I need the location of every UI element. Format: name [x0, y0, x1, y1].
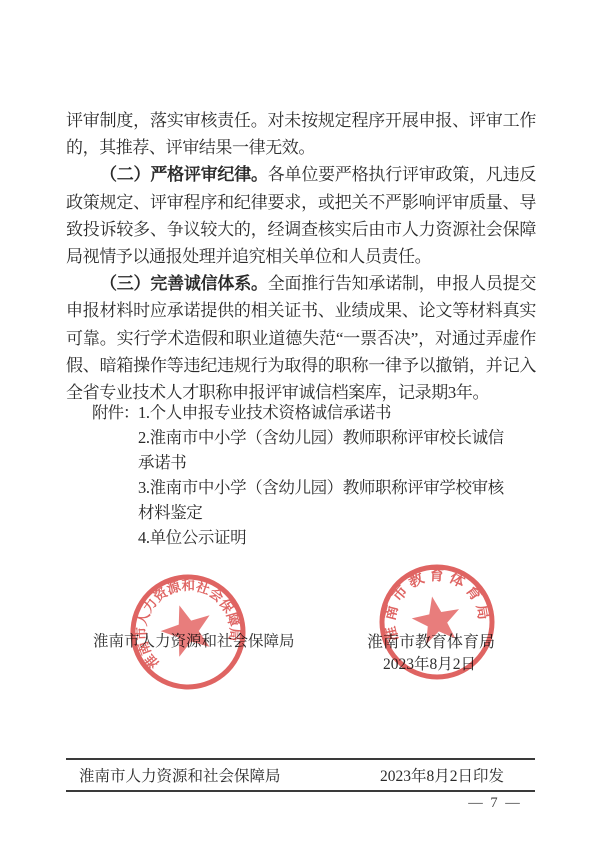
seal-graphic: 淮南市教育体育局: [357, 542, 516, 701]
attachments-label: 附件：: [92, 400, 139, 425]
signature-right-org: 淮南市教育体育局: [367, 629, 495, 652]
document-page: 评审制度，落实审核责任。对未按规定程序开展申报、评审工作的，其推荐、评审结果一律…: [0, 0, 600, 848]
footer-rule-bottom: [66, 790, 535, 792]
paragraph-heading: 完善诚信体系。: [150, 274, 267, 293]
signature-left-org: 淮南市人力资源和社会保障局: [93, 629, 295, 651]
svg-text:淮南市人力资源和社会保障局: 淮南市人力资源和社会保障局: [119, 563, 249, 674]
attachment-item: 4.单位公示证明: [138, 525, 504, 550]
paragraph-heading: 严格评审纪律。: [150, 165, 267, 184]
paragraph: （二）严格评审纪律。各单位要严格执行评审政策，凡违反政策规定、评审程序和纪律要求…: [66, 161, 536, 270]
attachments-list: 1.个人申报专业技术资格诚信承诺书 2.淮南市中小学（含幼儿园）教师职称评审校长…: [138, 400, 504, 550]
footer-rule-top: [66, 758, 535, 760]
official-seal-education: 淮南市教育体育局: [357, 542, 516, 701]
paragraph-number: （三）: [100, 274, 150, 293]
paragraph: 评审制度，落实审核责任。对未按规定程序开展申报、评审工作的，其推荐、评审结果一律…: [66, 107, 536, 161]
seal-arc-text: 淮南市人力资源和社会保障局: [119, 563, 249, 674]
paragraph-text: 全面推行告知承诺制，申报人员提交申报材料时应承诺提供的相关证书、业绩成果、论文等…: [66, 274, 536, 402]
attachment-item: 2.淮南市中小学（含幼儿园）教师职称评审校长诚信 承诺书: [138, 425, 504, 475]
paragraph: （三）完善诚信体系。全面推行告知承诺制，申报人员提交申报材料时应承诺提供的相关证…: [66, 270, 536, 406]
paragraph-text: 评审制度，落实审核责任。对未按规定程序开展申报、评审工作的，其推荐、评审结果一律…: [66, 111, 536, 157]
signature-right-date: 2023年8月2日: [383, 652, 476, 674]
attachment-item: 3.淮南市中小学（含幼儿园）教师职称评审学校审核 材料鉴定: [138, 475, 504, 525]
attachment-item: 1.个人申报专业技术资格诚信承诺书: [138, 400, 504, 425]
page-number: — 7 —: [455, 795, 535, 812]
paragraph-number: （二）: [100, 165, 150, 184]
footer-issuer: 淮南市人力资源和社会保障局: [79, 764, 281, 786]
body-text: 评审制度，落实审核责任。对未按规定程序开展申报、评审工作的，其推荐、评审结果一律…: [66, 107, 536, 406]
footer-print-date: 2023年8月2日印发: [380, 764, 504, 786]
